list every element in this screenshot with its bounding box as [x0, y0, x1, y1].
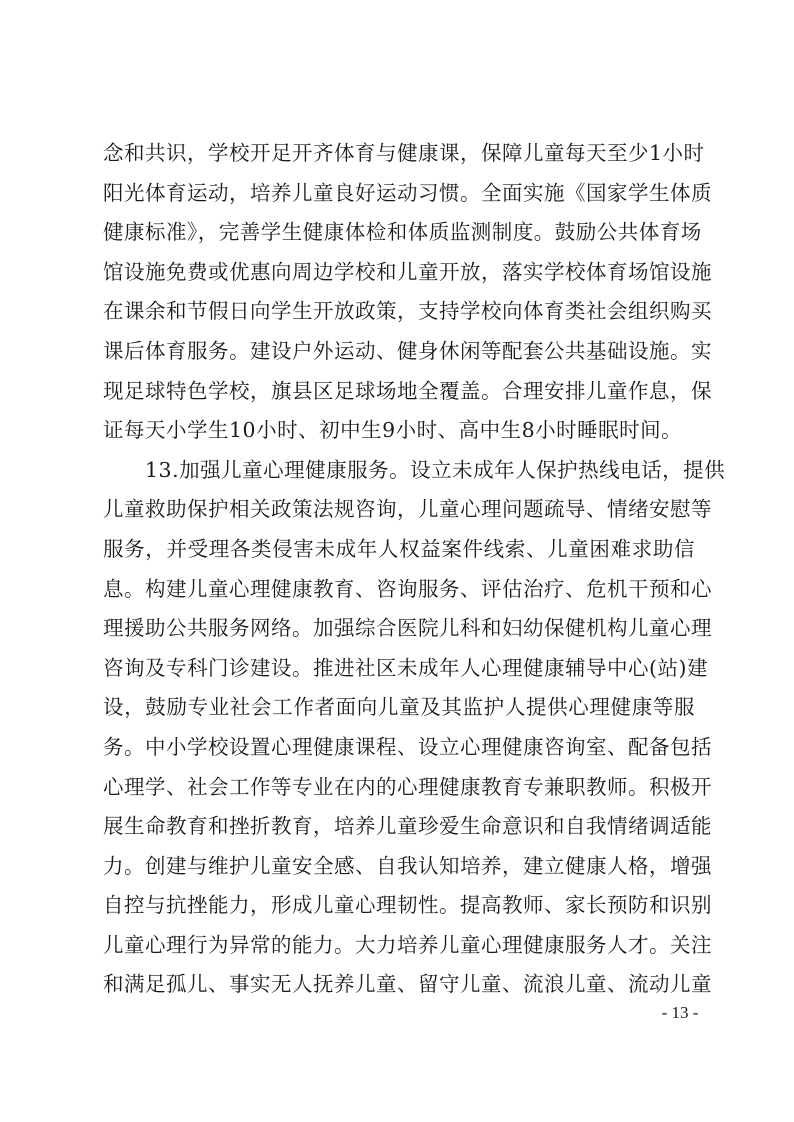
text-line: 务。中小学校设置心理健康课程、设立心理健康咨询室、配备包括 — [103, 728, 695, 768]
text-line: 现足球特色学校，旗县区足球场地全覆盖。合理安排儿童作息，保 — [103, 372, 695, 412]
text-line: 在课余和节假日向学生开放政策，支持学校向体育类社会组织购买 — [103, 292, 695, 332]
text-line: 心理学、社会工作等专业在内的心理健康教育专兼职教师。积极开 — [103, 768, 695, 808]
text-line: 证每天小学生10小时、初中生9小时、高中生8小时睡眠时间。 — [103, 411, 695, 451]
text-line: 服务，并受理各类侵害未成年人权益案件线索、儿童困难求助信 — [103, 530, 695, 570]
text-line: 课后体育服务。建设户外运动、健身休闲等配套公共基础设施。实 — [103, 332, 695, 372]
text-line: 儿童心理行为异常的能力。大力培养儿童心理健康服务人才。关注 — [103, 926, 695, 966]
page-number: - 13 - — [640, 1003, 720, 1023]
text-line: 阳光体育运动，培养儿童良好运动习惯。全面实施《国家学生体质 — [103, 174, 695, 214]
text-line: 展生命教育和挫折教育，培养儿童珍爱生命意识和自我情绪调适能 — [103, 807, 695, 847]
text-line: 息。构建儿童心理健康教育、咨询服务、评估治疗、危机干预和心 — [103, 570, 695, 610]
text-line: 儿童救助保护相关政策法规咨询，儿童心理问题疏导、情绪安慰等 — [103, 490, 695, 530]
text-line: 馆设施免费或优惠向周边学校和儿童开放，落实学校体育场馆设施 — [103, 253, 695, 293]
text-line: 念和共识，学校开足开齐体育与健康课，保障儿童每天至少1小时 — [103, 134, 695, 174]
text-line: 设，鼓励专业社会工作者面向儿童及其监护人提供心理健康等服 — [103, 688, 695, 728]
text-line: 咨询及专科门诊建设。推进社区未成年人心理健康辅导中心(站)建 — [103, 649, 695, 689]
section-heading-line: 13.加强儿童心理健康服务。设立未成年人保护热线电话，提供 — [103, 451, 695, 491]
document-page: 念和共识，学校开足开齐体育与健康课，保障儿童每天至少1小时 阳光体育运动，培养儿… — [0, 0, 794, 1122]
text-line: 自控与抗挫能力，形成儿童心理韧性。提高教师、家长预防和识别 — [103, 886, 695, 926]
paragraph-continued: 念和共识，学校开足开齐体育与健康课，保障儿童每天至少1小时 阳光体育运动，培养儿… — [103, 134, 695, 451]
text-line: 理援助公共服务网络。加强综合医院儿科和妇幼保健机构儿童心理 — [103, 609, 695, 649]
text-line: 健康标准》，完善学生健康体检和体质监测制度。鼓励公共体育场 — [103, 213, 695, 253]
text-line: 和满足孤儿、事实无人抚养儿童、留守儿童、流浪儿童、流动儿童 — [103, 965, 695, 1005]
body-text: 念和共识，学校开足开齐体育与健康课，保障儿童每天至少1小时 阳光体育运动，培养儿… — [103, 134, 695, 1005]
paragraph-13: 13.加强儿童心理健康服务。设立未成年人保护热线电话，提供 儿童救助保护相关政策… — [103, 451, 695, 1005]
text-line: 力。创建与维护儿童安全感、自我认知培养，建立健康人格，增强 — [103, 847, 695, 887]
